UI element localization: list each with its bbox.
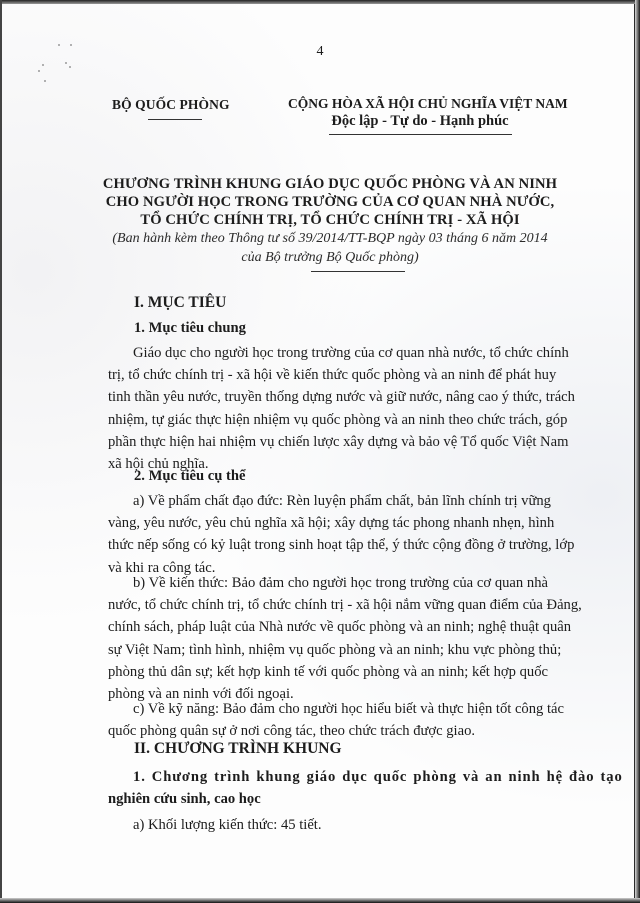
speck <box>69 66 71 68</box>
ministry-name: BỘ QUỐC PHÒNG <box>112 97 230 113</box>
subtitle-line: của Bộ trưởng Bộ Quốc phòng) <box>90 248 570 267</box>
paragraph-general-objectives: Giáo dục cho người học trong trường của … <box>108 342 548 475</box>
paragraph-workload: a) Khối lượng kiến thức: 45 tiết. <box>108 814 548 836</box>
section-heading-framework: II. CHƯƠNG TRÌNH KHUNG <box>134 740 342 758</box>
text-line: a) Về phẩm chất đạo đức: Rèn luyện phẩm … <box>108 490 548 512</box>
text-line: chính sách, pháp luật của Nhà nước về qu… <box>108 616 548 638</box>
text-line: thức nếp sống có kỷ luật trong sinh hoạt… <box>108 534 548 556</box>
section-heading-objectives: I. MỤC TIÊU <box>134 294 226 312</box>
text-line: phòng thủ dân sự; kết hợp kinh tế với qu… <box>108 661 548 683</box>
text-line: phần thực hiện hai nhiệm vụ chiến lược x… <box>108 431 548 453</box>
text-line: tinh thần yêu nước, truyền thống dựng nư… <box>108 386 548 408</box>
subtitle-line: (Ban hành kèm theo Thông tư số 39/2014/T… <box>90 229 570 248</box>
subsection-heading-specific-objectives: 2. Mục tiêu cụ thể <box>134 468 245 485</box>
text-line: 1. Chương trình khung giáo dục quốc phòn… <box>108 766 548 788</box>
document-title: CHƯƠNG TRÌNH KHUNG GIÁO DỤC QUỐC PHÒNG V… <box>90 175 570 267</box>
title-line: CHO NGƯỜI HỌC TRONG TRƯỜNG CỦA CƠ QUAN N… <box>90 193 570 211</box>
subsection-heading-general-objectives: 1. Mục tiêu chung <box>134 320 246 337</box>
text-line: b) Về kiến thức: Bảo đảm cho người học t… <box>108 572 548 594</box>
text-line: nghiên cứu sinh, cao học <box>108 788 548 810</box>
text-line: vàng, yêu nước, yêu chủ nghĩa xã hội; xâ… <box>108 512 548 534</box>
country-name: CỘNG HÒA XÃ HỘI CHỦ NGHĨA VIỆT NAM <box>288 96 552 112</box>
paragraph-knowledge: b) Về kiến thức: Bảo đảm cho người học t… <box>108 572 548 705</box>
title-underline <box>311 271 405 272</box>
paragraph-ethics: a) Về phẩm chất đạo đức: Rèn luyện phẩm … <box>108 490 548 579</box>
text-line: nhiệm, tự giác thực hiện nhiệm vụ quốc p… <box>108 409 548 431</box>
title-line: TỔ CHỨC CHÍNH TRỊ, TỔ CHỨC CHÍNH TRỊ - X… <box>90 211 570 229</box>
scan-border-right <box>635 0 640 903</box>
page-number: 4 <box>0 44 640 60</box>
speck <box>38 70 40 72</box>
speck <box>42 64 44 66</box>
national-header: CỘNG HÒA XÃ HỘI CHỦ NGHĨA VIỆT NAM Độc l… <box>288 96 552 130</box>
text-line: c) Về kỹ năng: Bảo đảm cho người học hiể… <box>108 698 548 720</box>
text-line: nước, tổ chức chính trị, tổ chức chính t… <box>108 594 548 616</box>
motto-underline <box>329 134 512 135</box>
paragraph-skills: c) Về kỹ năng: Bảo đảm cho người học hiể… <box>108 698 548 742</box>
title-line: CHƯƠNG TRÌNH KHUNG GIÁO DỤC QUỐC PHÒNG V… <box>90 175 570 193</box>
text-line: sự Việt Nam; tình hình, nhiệm vụ quốc ph… <box>108 639 548 661</box>
text-line: Giáo dục cho người học trong trường của … <box>108 342 548 364</box>
subsection-heading-postgraduate: 1. Chương trình khung giáo dục quốc phòn… <box>108 766 548 810</box>
text-line: a) Khối lượng kiến thức: 45 tiết. <box>108 814 548 836</box>
text-line: trị, tổ chức chính trị - xã hội về kiến … <box>108 364 548 386</box>
speck <box>65 62 67 64</box>
ministry-underline <box>148 119 202 120</box>
speck <box>44 80 46 82</box>
scan-border-bottom <box>0 898 640 903</box>
national-motto: Độc lập - Tự do - Hạnh phúc <box>288 113 552 130</box>
